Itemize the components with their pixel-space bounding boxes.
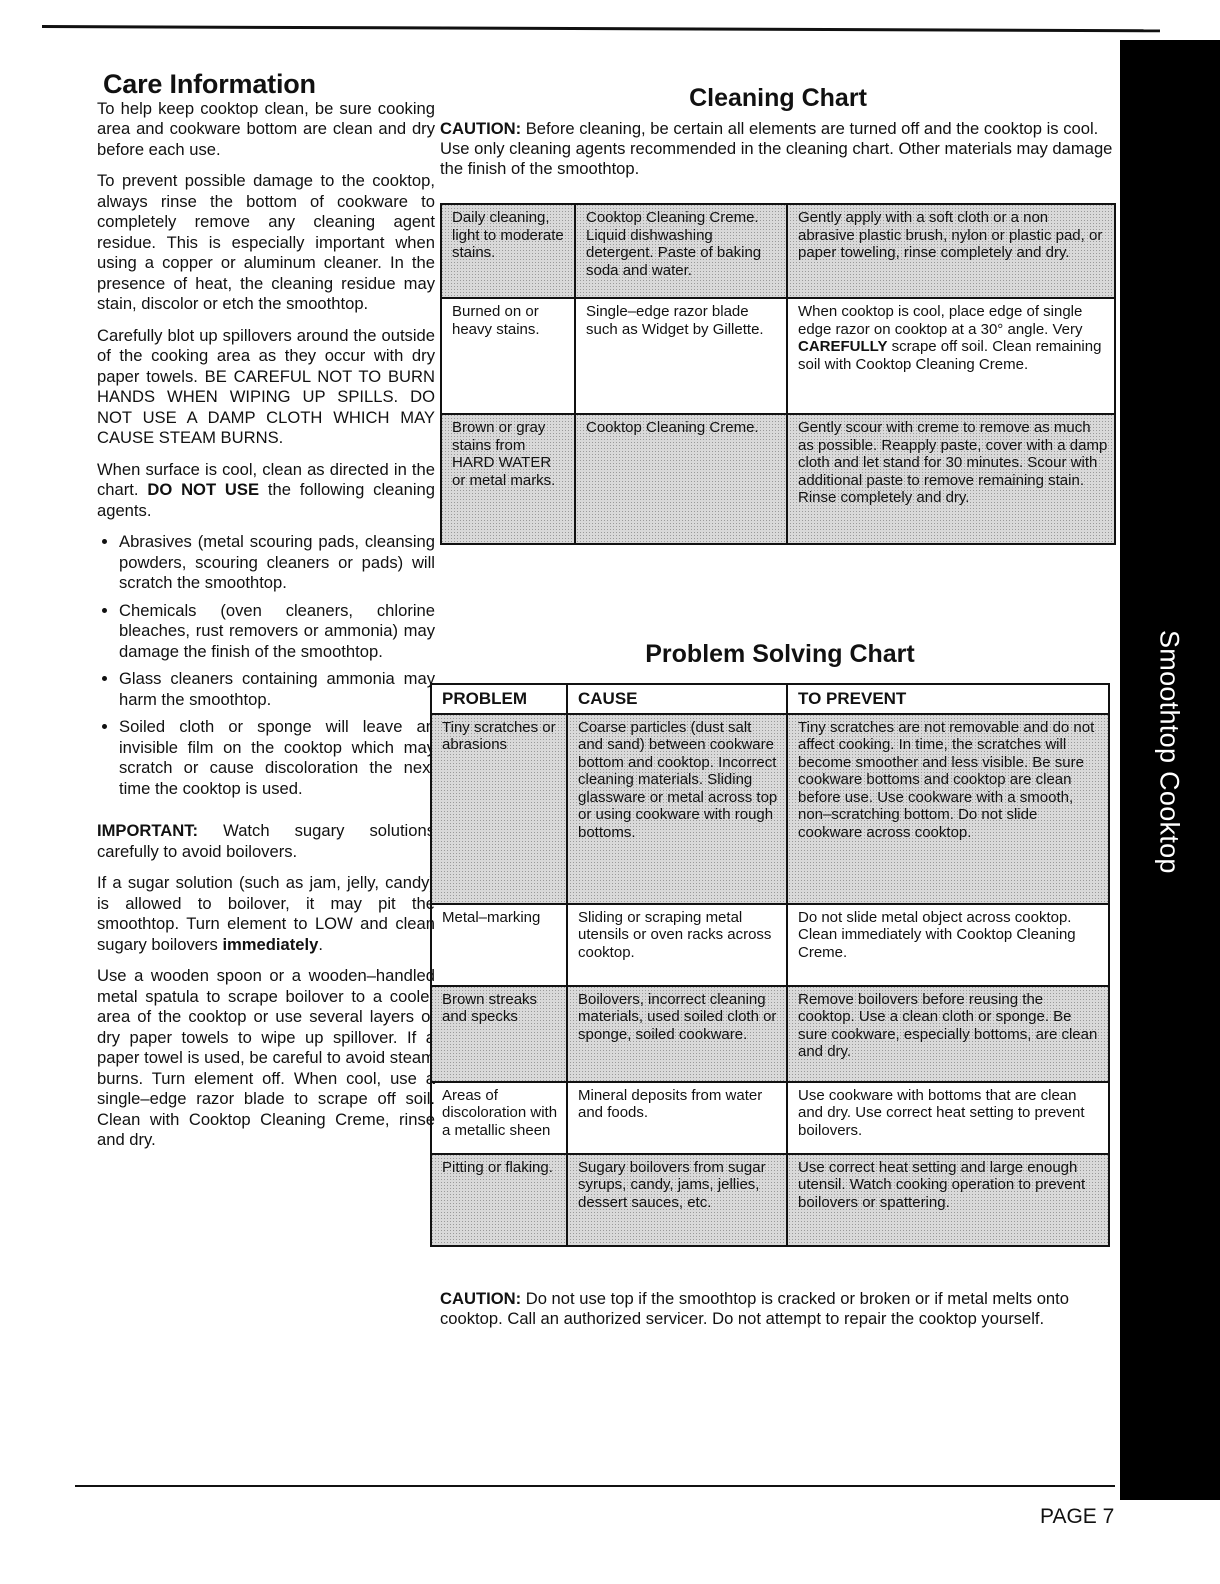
care-information-section: Care Information To help keep cooktop cl…: [97, 74, 435, 1162]
method-cell: Gently scour with creme to remove as muc…: [787, 414, 1115, 544]
cleaning-caution: CAUTION: Before cleaning, be certain all…: [440, 119, 1116, 179]
problem-cell: Areas of discoloration with a metallic s…: [431, 1082, 567, 1154]
cause-cell: Coarse particles (dust salt and sand) be…: [567, 714, 787, 904]
problem-cell: Tiny scratches or abrasions: [431, 714, 567, 904]
problem-solving-section: Problem Solving Chart PROBLEM CAUSE TO P…: [430, 640, 1110, 1247]
prevent-cell: Remove boilovers before reusing the cook…: [787, 986, 1109, 1082]
stain-cell: Brown or gray stains from HARD WATER or …: [441, 414, 575, 544]
method-text: Gently apply with a soft cloth or a non …: [798, 209, 1102, 261]
method-text: When cooktop is cool, place edge of sing…: [798, 303, 1083, 338]
cause-cell: Sugary boilovers from sugar syrups, cand…: [567, 1154, 787, 1246]
care-title: Care Information: [103, 74, 435, 95]
care-paragraph-1: To help keep cooktop clean, be sure cook…: [97, 99, 435, 161]
care-paragraph-2: To prevent possible damage to the cookto…: [97, 171, 435, 315]
table-header-row: PROBLEM CAUSE TO PREVENT: [431, 684, 1109, 714]
care-paragraph-3: Carefully blot up spillovers around the …: [97, 326, 435, 449]
table-row: Metal–marking Sliding or scraping metal …: [431, 904, 1109, 986]
list-item: Abrasives (metal scouring pads, cleansin…: [119, 532, 435, 594]
method-text: Gently scour with creme to remove as muc…: [798, 419, 1107, 506]
header-cause: CAUSE: [567, 684, 787, 714]
care-paragraph-7: Use a wooden spoon or a wooden–handled m…: [97, 966, 435, 1151]
header-problem: PROBLEM: [431, 684, 567, 714]
cleaning-chart-title: Cleaning Chart: [440, 84, 1116, 113]
caution-text: Before cleaning, be certain all elements…: [440, 119, 1112, 178]
caution-label: CAUTION:: [440, 119, 521, 138]
agent-cell: Cooktop Cleaning Creme. Liquid dishwashi…: [575, 204, 787, 298]
stain-cell: Daily cleaning, light to moderate stains…: [441, 204, 575, 298]
carefully-emphasis: CAREFULLY: [798, 338, 887, 355]
care-p6-end: .: [318, 935, 323, 954]
final-caution-label: CAUTION:: [440, 1289, 521, 1308]
cleaning-chart-section: Cleaning Chart CAUTION: Before cleaning,…: [440, 84, 1116, 545]
table-row: Tiny scratches or abrasions Coarse parti…: [431, 714, 1109, 904]
list-item: Glass cleaners containing ammonia may ha…: [119, 669, 435, 710]
method-cell: Gently apply with a soft cloth or a non …: [787, 204, 1115, 298]
cleaning-chart-table: Daily cleaning, light to moderate stains…: [440, 203, 1116, 545]
bottom-rule: [75, 1485, 1115, 1487]
table-row: Brown or gray stains from HARD WATER or …: [441, 414, 1115, 544]
important-label: IMPORTANT:: [97, 821, 198, 840]
list-item: Soiled cloth or sponge will leave an inv…: [119, 717, 435, 799]
problem-cell: Metal–marking: [431, 904, 567, 986]
cause-cell: Boilovers, incorrect cleaning materials,…: [567, 986, 787, 1082]
stain-cell: Burned on or heavy stains.: [441, 298, 575, 414]
problem-chart-title: Problem Solving Chart: [450, 640, 1110, 669]
problem-cell: Pitting or flaking.: [431, 1154, 567, 1246]
final-caution: CAUTION: Do not use top if the smoothtop…: [440, 1289, 1100, 1330]
prevent-cell: Tiny scratches are not removable and do …: [787, 714, 1109, 904]
final-caution-text: Do not use top if the smoothtop is crack…: [440, 1289, 1069, 1329]
problem-chart-table: PROBLEM CAUSE TO PREVENT Tiny scratches …: [430, 683, 1110, 1247]
agent-cell: Single–edge razor blade such as Widget b…: [575, 298, 787, 414]
page-number: PAGE 7: [1040, 1505, 1114, 1529]
problem-cell: Brown streaks and specks: [431, 986, 567, 1082]
cause-cell: Sliding or scraping metal utensils or ov…: [567, 904, 787, 986]
prevent-cell: Use cookware with bottoms that are clean…: [787, 1082, 1109, 1154]
do-not-use-label: DO NOT USE: [147, 480, 259, 499]
side-tab-label: Smoothtop Cooktop: [1139, 630, 1199, 940]
prevent-cell: Use correct heat setting and large enoug…: [787, 1154, 1109, 1246]
care-paragraph-6: If a sugar solution (such as jam, jelly,…: [97, 873, 435, 955]
immediately-emphasis: immediately: [222, 935, 318, 954]
table-row: Burned on or heavy stains. Single–edge r…: [441, 298, 1115, 414]
care-paragraph-4: When surface is cool, clean as directed …: [97, 460, 435, 522]
table-row: Pitting or flaking. Sugary boilovers fro…: [431, 1154, 1109, 1246]
table-row: Daily cleaning, light to moderate stains…: [441, 204, 1115, 298]
top-rule: [42, 25, 1160, 32]
prevent-cell: Do not slide metal object across cooktop…: [787, 904, 1109, 986]
important-note: IMPORTANT: Watch sugary solutions carefu…: [97, 821, 435, 862]
do-not-use-list: Abrasives (metal scouring pads, cleansin…: [97, 532, 435, 799]
header-to-prevent: TO PREVENT: [787, 684, 1109, 714]
list-item: Chemicals (oven cleaners, chlorine bleac…: [119, 601, 435, 663]
table-row: Areas of discoloration with a metallic s…: [431, 1082, 1109, 1154]
agent-cell: Cooktop Cleaning Creme.: [575, 414, 787, 544]
cause-cell: Mineral deposits from water and foods.: [567, 1082, 787, 1154]
method-cell: When cooktop is cool, place edge of sing…: [787, 298, 1115, 414]
table-row: Brown streaks and specks Boilovers, inco…: [431, 986, 1109, 1082]
